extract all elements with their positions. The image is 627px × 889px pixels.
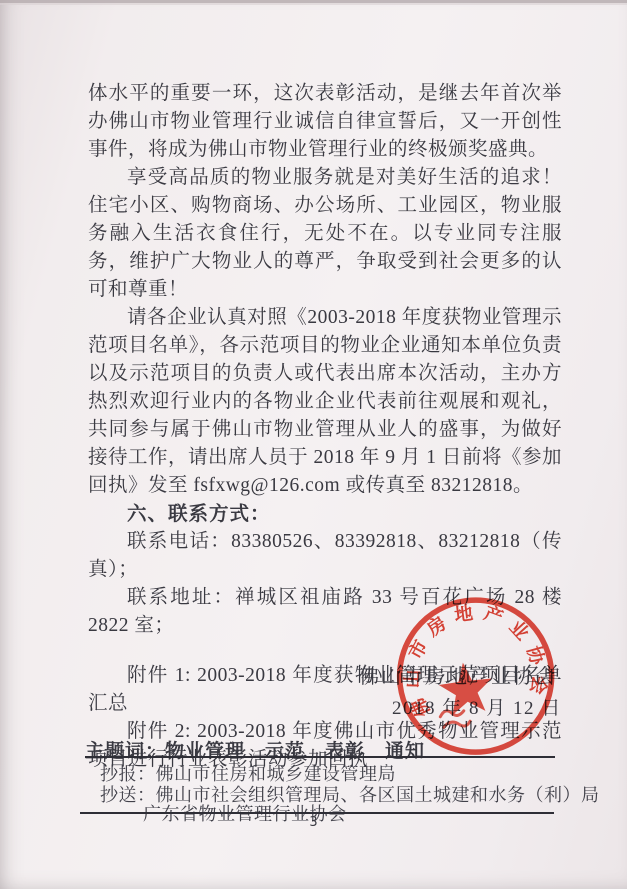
paragraph-service-quality: 享受高品质的物业服务就是对美好生活的追求！住宅小区、购物商场、办公场所、工业园区… [88,164,562,304]
subject-keywords-line: 主题词：物业管理 示范 表彰 通知 [85,736,425,763]
contact-phone-line: 联系电话：83380526、83392818、83212818（传真）； [88,528,562,584]
scan-edge-artifact-2 [0,3,627,5]
contact-address-line: 联系地址：禅城区祖庙路 33 号百花广场 28 楼 2822 室； [88,584,562,640]
paragraph-invitation: 请各企业认真对照《2003-2018 年度获物业管理示范项目名单》，各示范项目的… [88,304,562,500]
scan-speck-artifact: ’ [384,762,389,778]
signature-date: 2018 年 8 月 12 日 [392,693,562,720]
scanned-notice-page: 体水平的重要一环，这次表彰活动，是继去年首次举办佛山市物业管理行业诚信自律宣誓后… [0,0,627,889]
contact-section-heading: 六、联系方式： [88,500,562,528]
footer-divider-top [85,756,555,758]
signature-organization: 佛山市房地产业协会 [359,660,557,689]
page-number: 3 [0,815,627,830]
footer-divider-bottom [80,812,554,814]
paragraph-continuation: 体水平的重要一环，这次表彰活动，是继去年首次举办佛山市物业管理行业诚信自律宣誓后… [88,80,562,164]
